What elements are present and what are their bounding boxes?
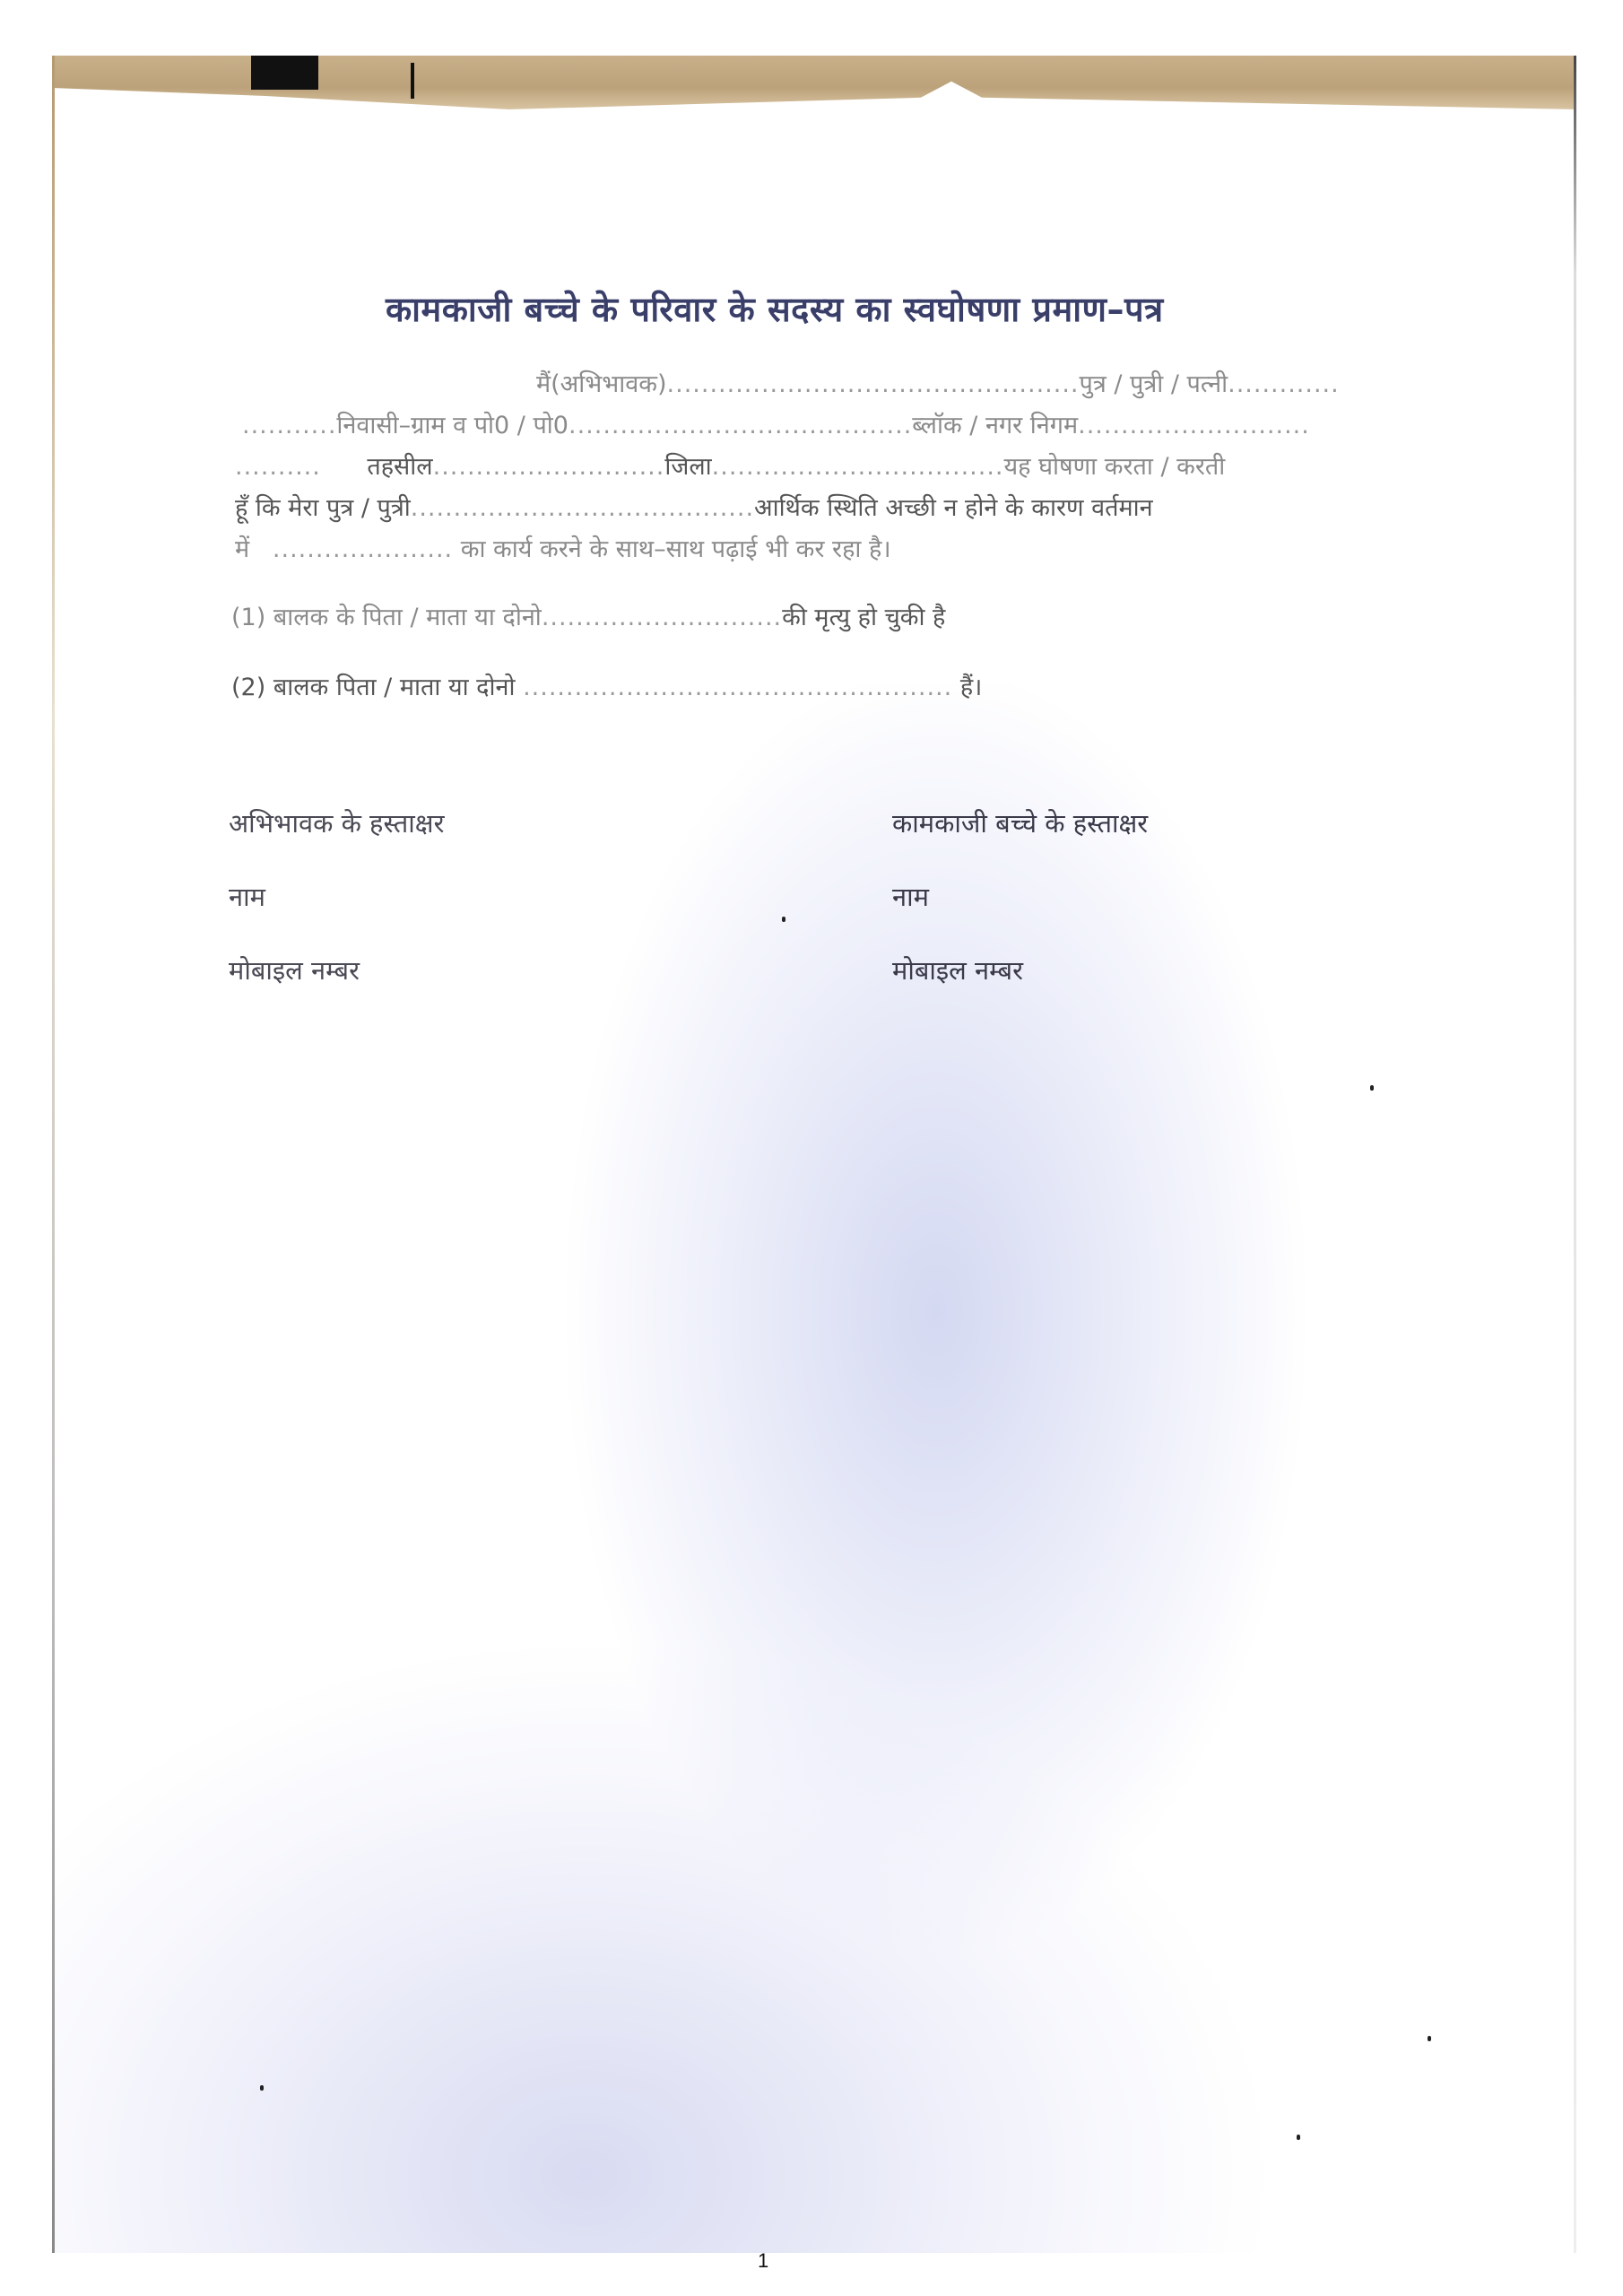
child-name-field[interactable]: ........................................ xyxy=(411,494,754,522)
speck xyxy=(1428,2036,1431,2041)
speck xyxy=(782,917,785,922)
reason-label: आर्थिक स्थिति अच्छी न होने के कारण वर्तम… xyxy=(754,494,1153,522)
guardian-field[interactable]: ........................................… xyxy=(667,370,1080,398)
point-1: (1) बालक के पिता / माता या दोनो.........… xyxy=(231,599,945,632)
resident-label: निवासी–ग्राम व पो0 / पो0 xyxy=(336,412,568,439)
body-line-4: हूँ कि मेरा पुत्र / पुत्री..............… xyxy=(235,490,1153,523)
tehsil-label: तहसील xyxy=(367,453,432,481)
body-line-3: .......... तहसील........................… xyxy=(235,448,1225,482)
body-line-2: ...........निवासी–ग्राम व पो0 / पो0.....… xyxy=(242,407,1310,440)
guardian-name-label: नाम xyxy=(229,879,265,914)
guardian-signature-label: अभिभावक के हस्ताक्षर xyxy=(229,805,444,840)
guardian-label: मैं(अभिभावक) xyxy=(536,370,667,398)
address-prefix-field[interactable]: ........... xyxy=(242,412,336,439)
child-mobile-label: मोबाइल नम्बर xyxy=(892,952,1023,987)
speck xyxy=(1370,1085,1374,1091)
work-type-field[interactable]: ..................... xyxy=(273,535,453,563)
relation-label: पुत्र / पुत्री / पत्नी xyxy=(1080,370,1228,398)
point-1-suffix: की मृत्यु हो चुकी है xyxy=(782,604,945,631)
point-1-prefix: (1) बालक के पिता / माता या दोनो xyxy=(231,604,542,631)
block-field[interactable]: ........................... xyxy=(1078,412,1310,439)
in-label: में xyxy=(235,535,249,563)
village-field[interactable]: ........................................ xyxy=(568,412,912,439)
declare-label: यह घोषणा करता / करती xyxy=(1003,453,1225,481)
relation-field[interactable]: ............. xyxy=(1228,370,1340,398)
point-1-field[interactable]: ............................ xyxy=(542,604,782,631)
speck xyxy=(260,2085,264,2091)
district-field[interactable]: .................................. xyxy=(712,453,1004,481)
work-label: का कार्य करने के साथ–साथ पढ़ाई भी कर रहा… xyxy=(461,535,891,563)
form-title: कामकाजी बच्चे के परिवार के सदस्य का स्वघ… xyxy=(386,285,1164,332)
child-signature-label: कामकाजी बच्चे के हस्ताक्षर xyxy=(892,805,1148,840)
body-line-5: में ..................... का कार्य करने … xyxy=(235,531,891,564)
block-label: ब्लॉक / नगर निगम xyxy=(912,412,1078,439)
child-name-label: नाम xyxy=(892,879,929,914)
tehsil-field[interactable]: ........................... xyxy=(433,453,665,481)
district-label: जिला xyxy=(664,453,711,481)
point-2: (2) बालक पिता / माता या दोनो ...........… xyxy=(231,669,982,702)
point-2-prefix: (2) बालक पिता / माता या दोनो xyxy=(231,674,515,701)
body-line-1: मैं(अभिभावक)............................… xyxy=(536,366,1340,399)
guardian-mobile-label: मोबाइल नम्बर xyxy=(229,952,360,987)
child-label: हूँ कि मेरा पुत्र / पुत्री xyxy=(235,494,411,522)
declaration-form: कामकाजी बच्चे के परिवार के सदस्य का स्वघ… xyxy=(0,0,1623,2296)
point-2-field[interactable]: ........................................… xyxy=(523,674,952,701)
page-number: 1 xyxy=(758,2249,768,2273)
leading-field[interactable]: .......... xyxy=(235,453,321,481)
speck xyxy=(1297,2135,1300,2140)
point-2-suffix: हैं। xyxy=(960,674,983,701)
